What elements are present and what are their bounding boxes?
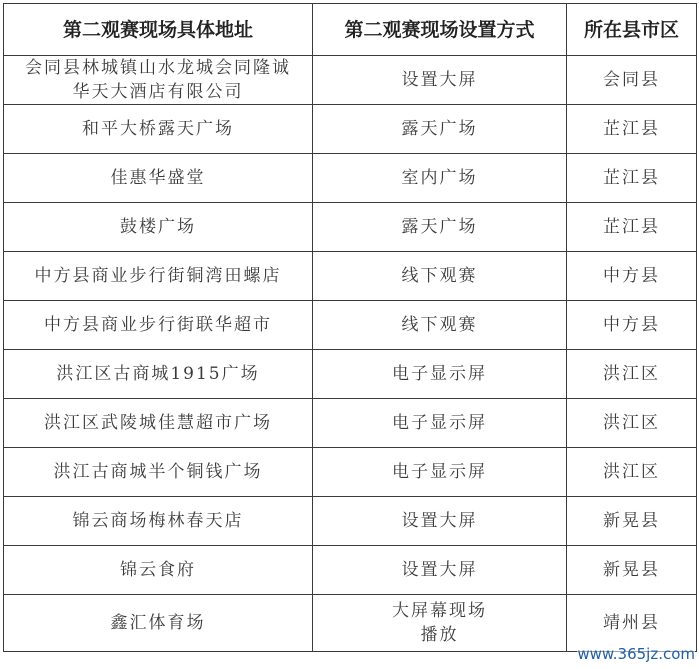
- cell-method: 线下观赛: [313, 301, 567, 350]
- cell-county: 新晃县: [567, 546, 697, 595]
- cell-method-line: 线下观赛: [319, 313, 560, 337]
- cell-method-line: 设置大屏: [319, 509, 560, 533]
- site-watermark: www.365jz.com: [577, 645, 695, 663]
- cell-address: 和平大桥露天广场: [4, 105, 313, 154]
- cell-method-line: 室内广场: [319, 166, 560, 190]
- cell-method: 室内广场: [313, 154, 567, 203]
- cell-address-line: 佳惠华盛堂: [10, 166, 306, 190]
- cell-method: 设置大屏: [313, 497, 567, 546]
- cell-method: 露天广场: [313, 105, 567, 154]
- cell-county: 中方县: [567, 252, 697, 301]
- cell-county: 洪江区: [567, 399, 697, 448]
- cell-method: 露天广场: [313, 203, 567, 252]
- cell-address: 锦云商场梅林春天店: [4, 497, 313, 546]
- cell-method-line: 电子显示屏: [319, 411, 560, 435]
- cell-address-line: 会同县林城镇山水龙城会同隆诚: [10, 56, 306, 80]
- cell-county: 芷江县: [567, 105, 697, 154]
- cell-address-line: 和平大桥露天广场: [10, 117, 306, 141]
- cell-address-line: 鑫汇体育场: [10, 611, 306, 635]
- table-row: 佳惠华盛堂 室内广场 芷江县: [4, 154, 697, 203]
- cell-county: 新晃县: [567, 497, 697, 546]
- cell-address: 锦云食府: [4, 546, 313, 595]
- cell-method: 设置大屏: [313, 546, 567, 595]
- cell-method-line: 设置大屏: [319, 558, 560, 582]
- cell-method-line: 设置大屏: [319, 68, 560, 92]
- table-row: 洪江古商城半个铜钱广场 电子显示屏 洪江区: [4, 448, 697, 497]
- cell-method-line: 电子显示屏: [319, 460, 560, 484]
- table-body: 会同县林城镇山水龙城会同隆诚 华天大酒店有限公司 设置大屏 会同县 和平大桥露天…: [4, 56, 697, 652]
- cell-method: 设置大屏: [313, 56, 567, 105]
- cell-address-line: 中方县商业步行街联华超市: [10, 313, 306, 337]
- table-row: 鑫汇体育场 大屏幕现场 播放 靖州县: [4, 595, 697, 652]
- table-row: 洪江区武陵城佳慧超市广场 电子显示屏 洪江区: [4, 399, 697, 448]
- cell-method: 电子显示屏: [313, 448, 567, 497]
- cell-address-line: 鼓楼广场: [10, 215, 306, 239]
- cell-address-line: 华天大酒店有限公司: [10, 80, 306, 104]
- cell-method: 电子显示屏: [313, 350, 567, 399]
- cell-county: 芷江县: [567, 154, 697, 203]
- cell-address-line: 洪江区武陵城佳慧超市广场: [10, 411, 306, 435]
- table-row: 中方县商业步行街联华超市 线下观赛 中方县: [4, 301, 697, 350]
- cell-county: 洪江区: [567, 350, 697, 399]
- cell-address: 鑫汇体育场: [4, 595, 313, 652]
- cell-method-line: 露天广场: [319, 117, 560, 141]
- cell-method: 大屏幕现场 播放: [313, 595, 567, 652]
- cell-method-line: 电子显示屏: [319, 362, 560, 386]
- table-row: 锦云商场梅林春天店 设置大屏 新晃县: [4, 497, 697, 546]
- table-row: 鼓楼广场 露天广场 芷江县: [4, 203, 697, 252]
- cell-county: 洪江区: [567, 448, 697, 497]
- cell-address-line: 锦云商场梅林春天店: [10, 509, 306, 533]
- table-row: 锦云食府 设置大屏 新晃县: [4, 546, 697, 595]
- cell-county: 芷江县: [567, 203, 697, 252]
- header-method: 第二观赛现场设置方式: [313, 4, 567, 56]
- table-row: 洪江区古商城1915广场 电子显示屏 洪江区: [4, 350, 697, 399]
- table-row: 中方县商业步行街铜湾田螺店 线下观赛 中方县: [4, 252, 697, 301]
- cell-address: 洪江古商城半个铜钱广场: [4, 448, 313, 497]
- cell-address-line: 中方县商业步行街铜湾田螺店: [10, 264, 306, 288]
- cell-county: 靖州县: [567, 595, 697, 652]
- cell-address: 佳惠华盛堂: [4, 154, 313, 203]
- header-address: 第二观赛现场具体地址: [4, 4, 313, 56]
- cell-method-line: 大屏幕现场: [319, 599, 560, 623]
- cell-address: 会同县林城镇山水龙城会同隆诚 华天大酒店有限公司: [4, 56, 313, 105]
- table-row: 会同县林城镇山水龙城会同隆诚 华天大酒店有限公司 设置大屏 会同县: [4, 56, 697, 105]
- cell-address-line: 洪江古商城半个铜钱广场: [10, 460, 306, 484]
- cell-address-line: 锦云食府: [10, 558, 306, 582]
- cell-county: 中方县: [567, 301, 697, 350]
- cell-address-line: 洪江区古商城1915广场: [10, 362, 306, 386]
- cell-address: 中方县商业步行街联华超市: [4, 301, 313, 350]
- cell-address: 中方县商业步行街铜湾田螺店: [4, 252, 313, 301]
- cell-method-line: 线下观赛: [319, 264, 560, 288]
- cell-method-line: 露天广场: [319, 215, 560, 239]
- cell-county: 会同县: [567, 56, 697, 105]
- cell-method-line: 播放: [319, 623, 560, 647]
- venue-table: 第二观赛现场具体地址 第二观赛现场设置方式 所在县市区 会同县林城镇山水龙城会同…: [3, 3, 697, 652]
- cell-address: 洪江区武陵城佳慧超市广场: [4, 399, 313, 448]
- table-row: 和平大桥露天广场 露天广场 芷江县: [4, 105, 697, 154]
- header-county: 所在县市区: [567, 4, 697, 56]
- cell-address: 鼓楼广场: [4, 203, 313, 252]
- cell-method: 电子显示屏: [313, 399, 567, 448]
- cell-method: 线下观赛: [313, 252, 567, 301]
- cell-address: 洪江区古商城1915广场: [4, 350, 313, 399]
- table-header-row: 第二观赛现场具体地址 第二观赛现场设置方式 所在县市区: [4, 4, 697, 56]
